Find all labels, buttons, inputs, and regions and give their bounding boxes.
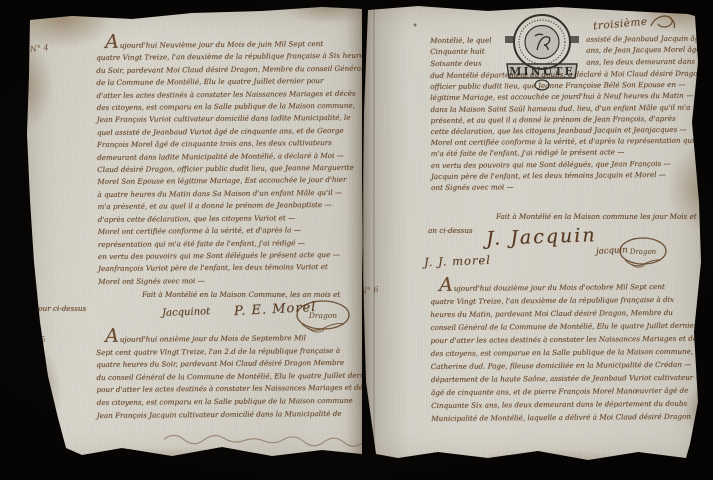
manuscript-line: Jacquin père de l'enfant, et les deux té… <box>431 168 699 182</box>
trimmed-text-remnant <box>162 430 372 450</box>
line-fragment: ans, de Jean Jacques Morel âgé de <box>586 45 712 55</box>
paraph-name: Dragon <box>308 311 337 320</box>
manuscript-line: Morel ont Signés avec moi — <box>98 273 360 288</box>
line-fragment: assisté de Jeanbaud Jacquin âgé <box>586 34 704 44</box>
act-5-closing-line: Fait à Montélié en la Maison commune les… <box>496 212 697 221</box>
act-number-5: N° 5 <box>27 335 46 346</box>
act-5-closing-line: an ci-dessus <box>428 226 473 235</box>
paraph-dragon: Dragon <box>294 298 352 336</box>
manuscript-line: ont Signés avec moi — <box>431 180 699 194</box>
signature-morel: J. J. morel <box>424 253 491 269</box>
paraph-flourish-icon <box>648 12 678 32</box>
act-5-text: Aujourd'hui onzième jour du Mois de Sept… <box>96 332 359 422</box>
binding-crease <box>373 2 375 468</box>
right-page: troisième Montélié, le quel assisté de J… <box>358 2 706 468</box>
act-number-6: N° 6 <box>360 285 379 296</box>
page-number-label: troisième <box>593 16 648 33</box>
line-fragment: ans, les deux demeurant dans la Municip. <box>586 56 713 66</box>
paraph-dragon: Dragon <box>618 236 668 272</box>
manuscript-line: Municipalité de Montélié, laquelle a dél… <box>431 410 699 425</box>
manuscript-photo: N° 4 Aujourd'hui Neuvième jour du Mois d… <box>0 0 713 480</box>
binding-crease <box>362 2 364 468</box>
act-6-text: Aujourd'hui douzième jour du Mois d'octo… <box>430 280 699 425</box>
manuscript-line: Jean François Jacquin cultivateur domici… <box>97 407 359 422</box>
line-fragment: Soixante deux <box>430 58 482 67</box>
minute-revenue-stamp: MINUTE <box>497 12 587 94</box>
act-number-4: N° 4 <box>30 43 49 54</box>
line-fragment: Cinquante huit <box>430 47 485 56</box>
left-page: N° 4 Aujourd'hui Neuvième jour du Mois d… <box>22 4 362 466</box>
act-4-text: Aujourd'hui Neuvième jour du Mois de jui… <box>96 38 360 288</box>
signature-jacquin-large: J. Jacquin <box>486 224 597 250</box>
line-fragment: Montélié, le quel <box>430 35 492 45</box>
paraph-name: Dragon <box>629 248 657 256</box>
stamp-banner-text: MINUTE <box>509 65 575 78</box>
signature-jacquinot: Jacquinot <box>162 306 210 319</box>
manuscript-line: Jeanfrançois Vuriot père de l'enfant, le… <box>98 261 360 276</box>
act-4-closing-line: jour ci-dessus <box>36 304 86 313</box>
manuscript-line: m'a présenté, et au quel il a donné le p… <box>97 199 359 214</box>
